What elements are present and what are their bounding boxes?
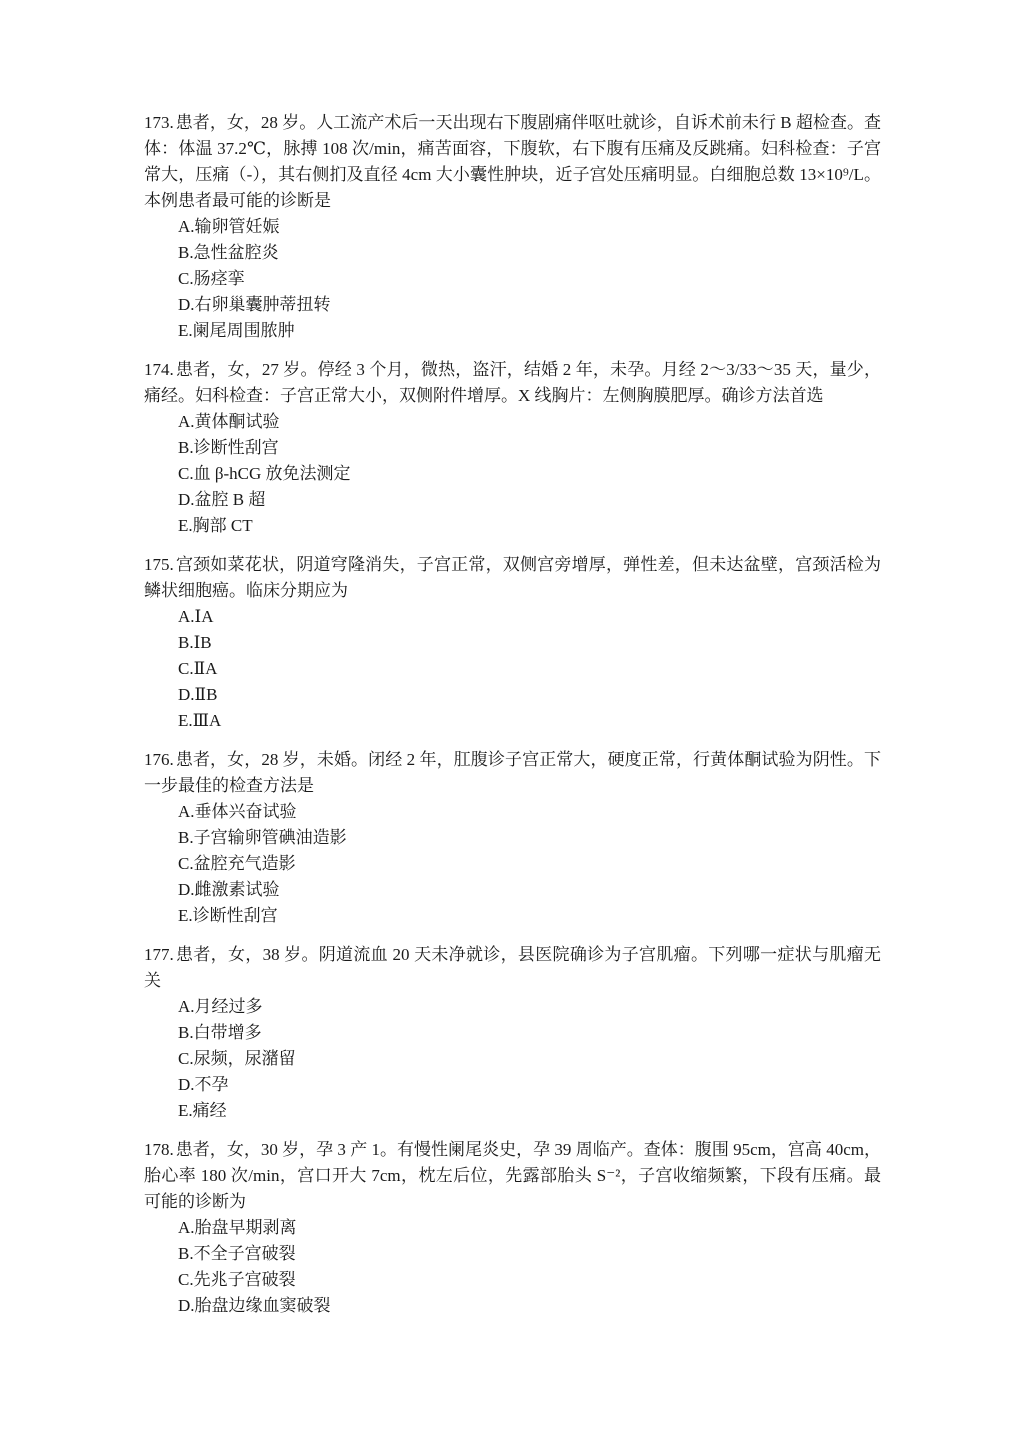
options-list: A.胎盘早期剥离 B.不全子宫破裂 C.先兆子宫破裂 D.胎盘边缘血窦破裂 [144,1215,881,1319]
question-stem-text: 患者，女，38 岁。阴道流血 20 天未净就诊，县医院确诊为子宫肌瘤。下列哪一症… [144,945,881,990]
option-c: C.尿频，尿潴留 [144,1046,881,1072]
option-e: E.诊断性刮宫 [144,903,881,929]
question-175: 175.宫颈如菜花状，阴道穹隆消失，子宫正常，双侧宫旁增厚，弹性差，但未达盆壁，… [144,552,881,734]
question-176: 176.患者，女，28 岁，未婚。闭经 2 年，肛腹诊子宫正常大，硬度正常，行黄… [144,747,881,929]
option-d: D.不孕 [144,1072,881,1098]
question-stem: 177.患者，女，38 岁。阴道流血 20 天未净就诊，县医院确诊为子宫肌瘤。下… [144,942,881,994]
option-c: C.肠痉挛 [144,266,881,292]
option-d: D.右卵巢囊肿蒂扭转 [144,292,881,318]
question-number: 174. [144,360,174,379]
options-list: A.ⅠA B.ⅠB C.ⅡA D.ⅡB E.ⅢA [144,604,881,734]
option-d: D.ⅡB [144,682,881,708]
option-c: C.ⅡA [144,656,881,682]
question-stem: 175.宫颈如菜花状，阴道穹隆消失，子宫正常，双侧宫旁增厚，弹性差，但未达盆壁，… [144,552,881,604]
options-list: A.月经过多 B.白带增多 C.尿频，尿潴留 D.不孕 E.痛经 [144,994,881,1124]
question-stem-text: 患者，女，30 岁，孕 3 产 1。有慢性阑尾炎史，孕 39 周临产。查体：腹围… [144,1140,881,1211]
question-number: 176. [144,750,174,769]
option-d: D.胎盘边缘血窦破裂 [144,1293,881,1319]
question-stem-text: 患者，女，28 岁。人工流产术后一天出现右下腹剧痛伴呕吐就诊，自诉术前未行 B … [144,113,881,210]
options-list: A.黄体酮试验 B.诊断性刮宫 C.血 β-hCG 放免法测定 D.盆腔 B 超… [144,409,881,539]
option-a: A.输卵管妊娠 [144,214,881,240]
option-a: A.月经过多 [144,994,881,1020]
option-b: B.不全子宫破裂 [144,1241,881,1267]
question-178: 178.患者，女，30 岁，孕 3 产 1。有慢性阑尾炎史，孕 39 周临产。查… [144,1137,881,1319]
option-d: D.雌激素试验 [144,877,881,903]
question-stem-text: 宫颈如菜花状，阴道穹隆消失，子宫正常，双侧宫旁增厚，弹性差，但未达盆壁，宫颈活检… [144,555,881,600]
question-stem: 178.患者，女，30 岁，孕 3 产 1。有慢性阑尾炎史，孕 39 周临产。查… [144,1137,881,1215]
option-a: A.垂体兴奋试验 [144,799,881,825]
option-e: E.阑尾周围脓肿 [144,318,881,344]
question-number: 173. [144,113,174,132]
option-e: E.ⅢA [144,708,881,734]
options-list: A.垂体兴奋试验 B.子宫输卵管碘油造影 C.盆腔充气造影 D.雌激素试验 E.… [144,799,881,929]
option-e: E.痛经 [144,1098,881,1124]
option-b: B.子宫输卵管碘油造影 [144,825,881,851]
exam-document-page: 173.患者，女，28 岁。人工流产术后一天出现右下腹剧痛伴呕吐就诊，自诉术前未… [0,0,1023,1447]
option-e: E.胸部 CT [144,513,881,539]
option-b: B.诊断性刮宫 [144,435,881,461]
question-number: 177. [144,945,174,964]
question-stem: 176.患者，女，28 岁，未婚。闭经 2 年，肛腹诊子宫正常大，硬度正常，行黄… [144,747,881,799]
option-c: C.盆腔充气造影 [144,851,881,877]
question-number: 178. [144,1140,174,1159]
option-a: A.胎盘早期剥离 [144,1215,881,1241]
question-number: 175. [144,555,174,574]
option-c: C.血 β-hCG 放免法测定 [144,461,881,487]
question-stem: 174.患者，女，27 岁。停经 3 个月，微热，盗汗，结婚 2 年，未孕。月经… [144,357,881,409]
options-list: A.输卵管妊娠 B.急性盆腔炎 C.肠痉挛 D.右卵巢囊肿蒂扭转 E.阑尾周围脓… [144,214,881,344]
option-d: D.盆腔 B 超 [144,487,881,513]
option-a: A.ⅠA [144,604,881,630]
option-b: B.白带增多 [144,1020,881,1046]
question-177: 177.患者，女，38 岁。阴道流血 20 天未净就诊，县医院确诊为子宫肌瘤。下… [144,942,881,1124]
option-b: B.ⅠB [144,630,881,656]
question-stem-text: 患者，女，27 岁。停经 3 个月，微热，盗汗，结婚 2 年，未孕。月经 2～3… [144,360,881,405]
option-b: B.急性盆腔炎 [144,240,881,266]
option-c: C.先兆子宫破裂 [144,1267,881,1293]
question-173: 173.患者，女，28 岁。人工流产术后一天出现右下腹剧痛伴呕吐就诊，自诉术前未… [144,110,881,344]
option-a: A.黄体酮试验 [144,409,881,435]
question-stem: 173.患者，女，28 岁。人工流产术后一天出现右下腹剧痛伴呕吐就诊，自诉术前未… [144,110,881,214]
question-174: 174.患者，女，27 岁。停经 3 个月，微热，盗汗，结婚 2 年，未孕。月经… [144,357,881,539]
question-stem-text: 患者，女，28 岁，未婚。闭经 2 年，肛腹诊子宫正常大，硬度正常，行黄体酮试验… [144,750,881,795]
